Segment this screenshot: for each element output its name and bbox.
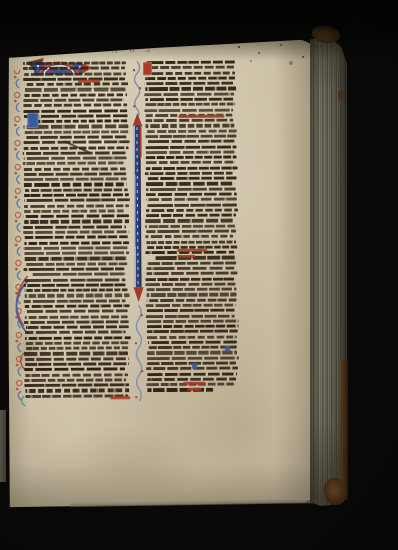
binding-remnant-mid (338, 90, 345, 101)
red-line (110, 396, 130, 399)
blue-paraph (225, 346, 230, 352)
ink-layer (8, 36, 321, 510)
binding-edge-strip (340, 360, 348, 500)
blue-paraph (192, 363, 197, 369)
red-line (187, 388, 201, 391)
red-line (177, 249, 207, 252)
blue-initial (27, 113, 38, 128)
red-initial (143, 62, 152, 75)
red-line (178, 115, 224, 119)
red-line (183, 382, 205, 385)
red-line (78, 79, 100, 82)
parchment-page: A 6 2 (8, 38, 318, 510)
gutter-page-sliver (0, 410, 6, 482)
red-line (177, 255, 195, 258)
rubric-marks-layer (8, 36, 321, 510)
manuscript-photo: A 6 2 (0, 0, 398, 550)
